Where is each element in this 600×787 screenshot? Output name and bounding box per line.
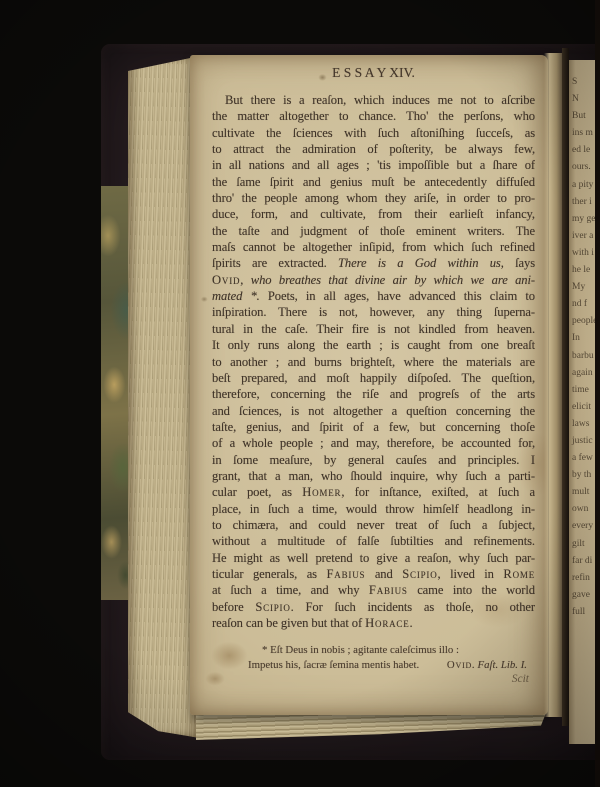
text-segment: the matter altogether to chance. Tho' th… — [212, 109, 535, 123]
facing-page-text-fragment: every — [569, 518, 595, 535]
facing-page-text-fragment: elicit — [569, 399, 595, 416]
text-line: of a whole people ; and may, therefore, … — [212, 435, 535, 451]
footnote-citation: Ovid. Faſt. Lib. I. — [447, 658, 527, 673]
text-segment: of a whole people ; and may, therefore, … — [212, 436, 535, 450]
text-segment: without a multitude of falſe ſubtilties … — [212, 534, 535, 548]
body-text: But there is a reaſon, which induces me … — [212, 92, 535, 631]
facing-page-text-fragment: gave — [569, 587, 595, 604]
text-segment: and — [365, 567, 402, 581]
text-segment: Fabius — [327, 567, 366, 581]
text-segment: tural in the caſe. Their fire is not kin… — [212, 322, 535, 336]
facing-page-text-fragment: nd f — [569, 296, 595, 313]
footnote-citation-work: . Faſt. Lib. I. — [472, 659, 527, 671]
text-segment: . — [410, 616, 413, 630]
text-line: taſte, genius, and ſpirit of a few, but … — [212, 419, 535, 435]
text-segment: But there is a reaſon, which induces me … — [225, 93, 535, 107]
text-segment: to chimæra, and could never treat of ſuc… — [212, 518, 535, 532]
text-segment: to attract the admiration of poſterity, … — [212, 142, 535, 156]
text-segment: duce, form, and cultivate, from their ea… — [212, 207, 535, 221]
footnote: * Eſt Deus in nobis ; agitante caleſcimu… — [212, 643, 535, 672]
footnote-line-1: * Eſt Deus in nobis ; agitante caleſcimu… — [248, 643, 527, 658]
text-line: mated *. Poets, in all ages, have advanc… — [212, 288, 535, 304]
text-segment: came into the world — [408, 583, 535, 597]
text-line: the taſte and judgment of thoſe eminent … — [212, 223, 535, 239]
facing-page-text-fragment: gilt — [569, 536, 595, 553]
text-segment: Poets, in all ages, have advanced this c… — [260, 289, 535, 303]
text-line: place, in ſuch a time, would throw himſe… — [212, 501, 535, 517]
facing-page-text-fragment: N — [569, 91, 595, 108]
page-header: E S S A Y XIV. — [212, 65, 535, 81]
text-line: cular poet, as Homer, for inſtance, exiſ… — [212, 484, 535, 500]
footnote-latin-verse: Impetus his, ſacræ ſemina mentis habet. — [248, 658, 419, 673]
text-line: at ſuch a time, and why Fabius came into… — [212, 582, 535, 598]
facing-page-text-fragment: iver a — [569, 228, 595, 245]
text-line: to attract the admiration of poſterity, … — [212, 141, 535, 157]
text-segment: thro' the people among whom they ariſe, … — [212, 191, 535, 205]
facing-page-text-fragment: people — [569, 313, 595, 330]
text-segment: who breathes that divine air by which we… — [251, 273, 535, 287]
text-line: beſt prepared, and moſt happily diſpoſed… — [212, 370, 535, 386]
text-segment: Ovid — [212, 273, 240, 287]
text-line: tural in the caſe. Their fire is not kin… — [212, 321, 535, 337]
facing-page-text-fragment: with i — [569, 245, 595, 262]
facing-page-text-fragment: laws — [569, 416, 595, 433]
text-segment: taſte, genius, and ſpirit of a few, but … — [212, 420, 535, 434]
text-segment: at ſuch a time, and why — [212, 583, 369, 597]
text-segment: and ſciences, is not altogether a queſti… — [212, 404, 535, 418]
text-segment: in ſome meaſure, by general cauſes and p… — [212, 453, 535, 467]
text-segment: ſpirits are extracted. — [212, 256, 338, 270]
text-segment: maſs cannot be altogether inſipid, from … — [212, 240, 535, 254]
text-segment: cular poet, as — [212, 485, 302, 499]
text-segment: Rome — [503, 567, 535, 581]
text-segment: the ſame ſpirit and genius muſt be antec… — [212, 175, 535, 189]
text-segment: inſpiration. There is not, however, any … — [212, 305, 535, 319]
text-line: thro' the people among whom they ariſe, … — [212, 190, 535, 206]
text-segment: reaſon can be given but that of — [212, 616, 365, 630]
text-segment: mated *. — [212, 289, 260, 303]
facing-page-text-fragment: he le — [569, 262, 595, 279]
text-segment: Scipio — [255, 600, 290, 614]
book-page: E S S A Y XIV. But there is a reaſon, wh… — [190, 55, 548, 715]
text-line: the ſame ſpirit and genius muſt be antec… — [212, 174, 535, 190]
text-line: therefore, concerning the riſe and progr… — [212, 386, 535, 402]
facing-page-text-fragment: ours. — [569, 159, 595, 176]
text-segment: the taſte and judgment of thoſe eminent … — [212, 224, 535, 238]
facing-page-text-fragment: by th — [569, 467, 595, 484]
text-segment: It only runs along the earth ; is caught… — [212, 338, 535, 352]
text-segment: before — [212, 600, 255, 614]
text-line: in ſome meaſure, by general cauſes and p… — [212, 452, 535, 468]
gutter-crease — [562, 48, 569, 726]
text-line: ticular generals, as Fabius and Scipio, … — [212, 566, 535, 582]
facing-page-text-fragment: a pity — [569, 177, 595, 194]
text-line: duce, form, and cultivate, from their ea… — [212, 206, 535, 222]
text-segment: Fabius — [369, 583, 408, 597]
text-segment: Horace — [365, 616, 409, 630]
text-segment: ticular generals, as — [212, 567, 327, 581]
right-edge-shadow — [595, 0, 600, 787]
text-segment: cultivate the ſciences with ſuch aſtoniſ… — [212, 126, 535, 140]
facing-page-text-fragment: My — [569, 279, 595, 296]
page-right-edge-ridge — [544, 53, 562, 717]
facing-page-text-fragment: mult — [569, 484, 595, 501]
text-segment: ſays — [504, 256, 535, 270]
text-line: reaſon can be given but that of Horace. — [212, 615, 535, 631]
footnote-citation-author: Ovid — [447, 659, 472, 671]
text-segment: , — [240, 273, 250, 287]
facing-page-text-fragment: far di — [569, 553, 595, 570]
text-segment: He might as well pretend to give a reaſo… — [212, 551, 535, 565]
facing-page-text-fragment: In — [569, 330, 595, 347]
text-line: But there is a reaſon, which induces me … — [212, 92, 535, 108]
page-content: E S S A Y XIV. But there is a reaſon, wh… — [190, 55, 548, 715]
footnote-line-2: Impetus his, ſacræ ſemina mentis habet. … — [248, 658, 527, 673]
facing-page-text-fragment: full — [569, 604, 595, 621]
facing-page-text-fragment: own — [569, 501, 595, 518]
text-segment: place, in ſuch a time, would throw himſe… — [212, 502, 535, 516]
text-segment: , for inſtance, exiſted, at ſuch a — [341, 485, 535, 499]
text-line: maſs cannot be altogether inſipid, from … — [212, 239, 535, 255]
text-segment: in all nations and all ages ; 'tis impoſ… — [212, 158, 535, 172]
text-segment: Scipio — [402, 567, 437, 581]
text-line: cultivate the ſciences with ſuch aſtoniſ… — [212, 125, 535, 141]
facing-page-text-fragment: ins m — [569, 125, 595, 142]
text-line: in all nations and all ages ; 'tis impoſ… — [212, 157, 535, 173]
text-line: ſpirits are extracted. There is a God wi… — [212, 255, 535, 271]
text-segment: . For ſuch incidents as thoſe, no other — [291, 600, 535, 614]
facing-page-text-fragment: time — [569, 382, 595, 399]
text-segment: beſt prepared, and moſt happily diſpoſed… — [212, 371, 535, 385]
text-line: He might as well pretend to give a reaſo… — [212, 550, 535, 566]
text-line: to another ; and burns brighteſt, where … — [212, 354, 535, 370]
text-line: It only runs along the earth ; is caught… — [212, 337, 535, 353]
facing-page-text-fragment: justic — [569, 433, 595, 450]
facing-page-text-fragment: S — [569, 74, 595, 91]
text-line: to chimæra, and could never treat of ſuc… — [212, 517, 535, 533]
text-line: the matter altogether to chance. Tho' th… — [212, 108, 535, 124]
facing-page-text-fragment: ther i — [569, 194, 595, 211]
book-photograph: E S S A Y XIV. But there is a reaſon, wh… — [0, 0, 600, 787]
facing-page-text-fragment: refin — [569, 570, 595, 587]
text-segment: Homer — [302, 485, 341, 499]
catchword: Scit — [212, 673, 535, 685]
text-line: grant, that a man, who ſhould inquire, w… — [212, 468, 535, 484]
text-line: inſpiration. There is not, however, any … — [212, 304, 535, 320]
facing-page-text-fragment: again — [569, 365, 595, 382]
text-line: without a multitude of falſe ſubtilties … — [212, 533, 535, 549]
facing-page-text-fragment: But — [569, 108, 595, 125]
facing-page-sliver: SNButins med leours.a pityther imy geive… — [569, 60, 595, 744]
text-line: and ſciences, is not altogether a queſti… — [212, 403, 535, 419]
facing-page-text-fragment: a few — [569, 450, 595, 467]
text-segment: There is a God within us, — [338, 256, 504, 270]
facing-page-text-fragment: ed le — [569, 142, 595, 159]
text-segment: grant, that a man, who ſhould inquire, w… — [212, 469, 535, 483]
text-segment: therefore, concerning the riſe and progr… — [212, 387, 535, 401]
text-line: before Scipio. For ſuch incidents as tho… — [212, 599, 535, 615]
text-line: Ovid, who breathes that divine air by wh… — [212, 272, 535, 288]
text-segment: , lived in — [438, 567, 504, 581]
text-segment: to another ; and burns brighteſt, where … — [212, 355, 535, 369]
facing-page-text-fragment: my ge — [569, 211, 595, 228]
facing-page-text-fragment: barbu — [569, 348, 595, 365]
